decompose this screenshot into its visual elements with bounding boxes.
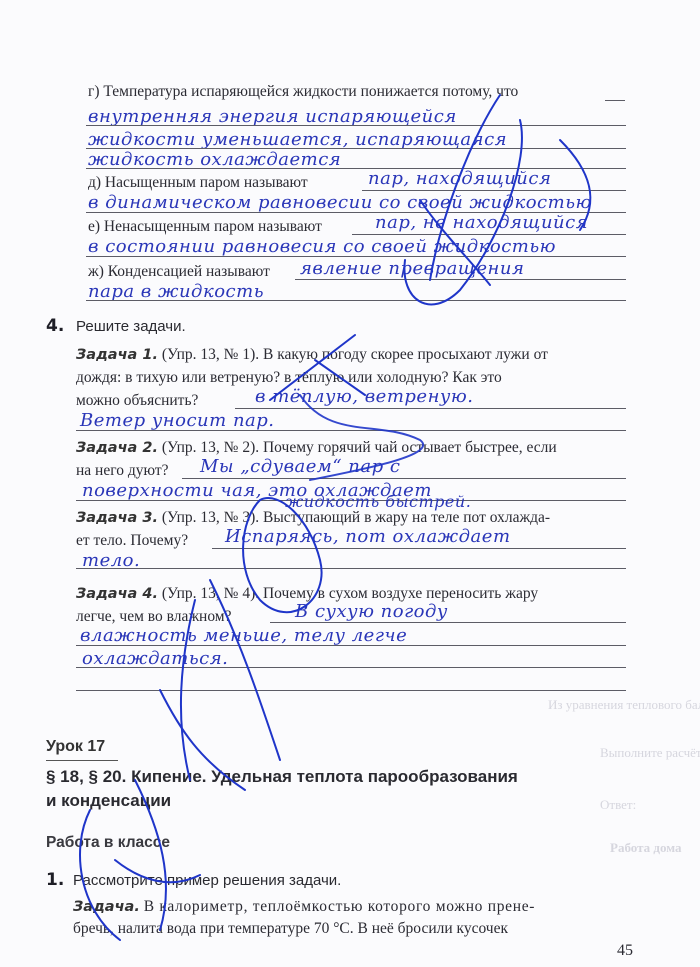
task-label: Задача 1. [76,347,158,363]
task-text: ет тело. Почему? [76,532,188,550]
answer-text: в динамическом равновесии со своей жидко… [88,192,592,213]
definition-zh-label: ж) Конденсацией называют [88,263,270,281]
exercise-title: Рассмотрите пример решения задачи. [73,872,341,889]
answer-text: Испаряясь, пот охлаждает [225,526,511,547]
lesson-title: Урок 17 [46,738,105,756]
exercise-number: 1. [46,870,64,890]
page-number: 45 [617,942,633,960]
task-3-line: Задача 3. (Упр. 13, № 3). Выступающий в … [76,509,550,527]
task-label: Задача. [73,899,140,915]
task-line: Задача. В калориметр, теплоёмкостью кото… [73,898,535,916]
answer-text: пара в жидкость [88,281,264,302]
answer-text: охлаждаться. [82,648,228,669]
lesson-heading: и конденсации [46,791,171,811]
bleed-text: Из уравнения теплового баланса [548,697,700,713]
task-text: дождя: в тихую или ветреную? в тёплую ил… [76,369,502,387]
answer-text: Мы „сдуваем“ пар с [200,456,400,477]
task-1-line: Задача 1. (Упр. 13, № 1). В какую погоду… [76,346,548,364]
definition-e-label: е) Ненасыщенным паром называют [88,218,322,236]
bleed-text: Выполните расчёт: [600,745,700,761]
answer-text: внутренняя энергия испаряющейся [88,106,457,127]
task-label: Задача 3. [76,510,158,526]
task-text: можно объяснить? [76,392,198,410]
bleed-text: Ответ: [600,797,636,813]
answer-text: в состоянии равновесия со своей жидкость… [88,236,556,257]
answer-text: В сухую погоду [295,601,448,622]
answer-text: пар, находящийся [368,168,551,189]
task-2-line: Задача 2. (Упр. 13, № 2). Почему горячий… [76,439,557,457]
answer-text: явление превращения [300,258,524,279]
task-text: на него дуют? [76,462,169,480]
answer-text: жидкость охлаждается [88,149,341,170]
exercise-number: 4. [46,316,64,336]
workbook-page: Из уравнения теплового баланса Выполните… [0,0,700,967]
answer-text: в тёплую, ветреную. [255,386,473,407]
task-text: бречь, налита вода при температуре 70 °С… [73,920,508,938]
task-label: Задача 4. [76,586,158,602]
lesson-heading: § 18, § 20. Кипение. Удельная теплота па… [46,767,518,787]
answer-text: пар, не находящийся [375,212,588,233]
definition-d-label: д) Насыщенным паром называют [88,174,308,192]
section-title: Работа в классе [46,834,170,852]
exercise-title: Решите задачи. [76,318,186,335]
answer-text: Ветер уносит пар. [80,410,275,431]
task-label: Задача 2. [76,440,158,456]
definition-g-label: г) Температура испаряющейся жидкости пон… [88,83,518,101]
answer-text: влажность меньше, телу легче [80,625,407,646]
answer-text: жидкости уменьшается, испаряющаяся [88,129,507,150]
bleed-text: Работа дома [610,840,682,856]
task-text: легче, чем во влажном? [76,608,231,626]
